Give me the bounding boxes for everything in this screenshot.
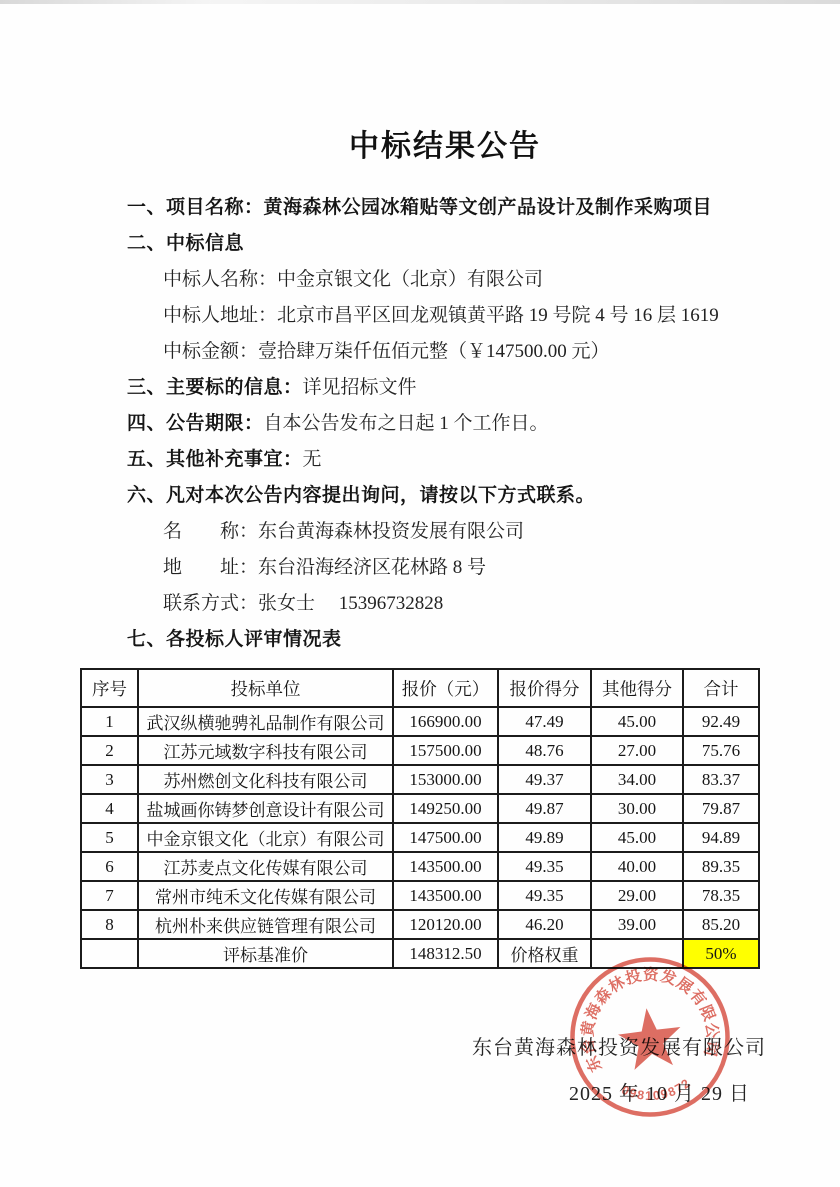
section-other-matters-label: 五、其他补充事宜： [127, 449, 303, 470]
table-row: 8 杭州朴来供应链管理有限公司 120120.00 46.20 39.00 85… [81, 910, 759, 939]
contact-name-line: 名 称：东台黄海森林投资发展有限公司 [127, 514, 763, 550]
cell-index: 3 [81, 765, 138, 794]
section-evaluation-table-label: 七、各投标人评审情况表 [127, 629, 342, 650]
contact-address: 地 址：东台沿海经济区花林路 8 号 [163, 557, 486, 578]
cell-price: 143500.00 [393, 881, 498, 910]
table-row: 7 常州市纯禾文化传媒有限公司 143500.00 49.35 29.00 78… [81, 881, 759, 910]
section-inquiry: 六、凡对本次公告内容提出询问，请按以下方式联系。 [127, 478, 763, 514]
cell-other-score: 45.00 [591, 823, 683, 852]
section-announcement-period: 四、公告期限：自本公告发布之日起 1 个工作日。 [127, 406, 763, 442]
table-row: 4 盐城画你铸梦创意设计有限公司 149250.00 49.87 30.00 7… [81, 794, 759, 823]
table-benchmark-row: 评标基准价 148312.50 价格权重 50% [81, 939, 759, 968]
cell-other-score: 30.00 [591, 794, 683, 823]
section-other-matters-value: 无 [303, 449, 322, 470]
cell-index: 7 [81, 881, 138, 910]
contact-name: 名 称：东台黄海森林投资发展有限公司 [163, 521, 524, 542]
cell-index: 5 [81, 823, 138, 852]
header-index: 序号 [81, 669, 138, 707]
cell-bidder: 武汉纵横驰骋礼品制作有限公司 [138, 707, 393, 736]
section-announcement-period-label: 四、公告期限： [127, 413, 264, 434]
header-price: 报价（元） [393, 669, 498, 707]
section-other-matters: 五、其他补充事宜：无 [127, 442, 763, 478]
section-evaluation-table: 七、各投标人评审情况表 [127, 622, 763, 658]
table-row: 5 中金京银文化（北京）有限公司 147500.00 49.89 45.00 9… [81, 823, 759, 852]
cell-other-score: 27.00 [591, 736, 683, 765]
cell-total: 92.49 [683, 707, 759, 736]
signature-company: 东台黄海森林投资发展有限公司 [0, 1031, 840, 1060]
cell-index: 8 [81, 910, 138, 939]
section-project-name-value: 黄海森林公园冰箱贴等文创产品设计及制作采购项目 [264, 197, 713, 218]
table-row: 6 江苏麦点文化传媒有限公司 143500.00 49.35 40.00 89.… [81, 852, 759, 881]
cell-other-score: 29.00 [591, 881, 683, 910]
announcement-page: 中标结果公告 一、项目名称：黄海森林公园冰箱贴等文创产品设计及制作采购项目 二、… [0, 0, 840, 1187]
winner-address-line: 中标人地址：北京市昌平区回龙观镇黄平路 19 号院 4 号 16 层 1619 [127, 298, 763, 334]
cell-index [81, 939, 138, 968]
table-row: 3 苏州燃创文化科技有限公司 153000.00 49.37 34.00 83.… [81, 765, 759, 794]
cell-price-score: 49.37 [498, 765, 591, 794]
cell-price: 149250.00 [393, 794, 498, 823]
winner-name: 中标人名称：中金京银文化（北京）有限公司 [163, 269, 543, 290]
contact-address-line: 地 址：东台沿海经济区花林路 8 号 [127, 550, 763, 586]
table-row: 1 武汉纵横驰骋礼品制作有限公司 166900.00 47.49 45.00 9… [81, 707, 759, 736]
cell-bidder: 苏州燃创文化科技有限公司 [138, 765, 393, 794]
cell-price: 166900.00 [393, 707, 498, 736]
cell-other-score: 39.00 [591, 910, 683, 939]
cell-price: 120120.00 [393, 910, 498, 939]
benchmark-price-value: 148312.50 [393, 939, 498, 968]
winner-amount-line: 中标金额：壹拾肆万柒仟伍佰元整（￥147500.00 元） [127, 334, 763, 370]
cell-price: 157500.00 [393, 736, 498, 765]
cell-price: 143500.00 [393, 852, 498, 881]
cell-bidder: 中金京银文化（北京）有限公司 [138, 823, 393, 852]
signature-date: 2025 年 10 月 29 日 [0, 1077, 840, 1106]
header-price-score: 报价得分 [498, 669, 591, 707]
empty-cell [591, 939, 683, 968]
section-project-name-label: 一、项目名称： [127, 197, 264, 218]
section-subject-info: 三、主要标的信息：详见招标文件 [127, 370, 763, 406]
cell-other-score: 40.00 [591, 852, 683, 881]
winner-amount: 中标金额：壹拾肆万柒仟伍佰元整（￥147500.00 元） [163, 341, 610, 362]
cell-bidder: 江苏元域数字科技有限公司 [138, 736, 393, 765]
bidder-evaluation-table: 序号 投标单位 报价（元） 报价得分 其他得分 合计 1 武汉纵横驰骋礼品制作有… [80, 668, 760, 969]
cell-index: 2 [81, 736, 138, 765]
winner-name-line: 中标人名称：中金京银文化（北京）有限公司 [127, 262, 763, 298]
section-project-name: 一、项目名称：黄海森林公园冰箱贴等文创产品设计及制作采购项目 [127, 190, 763, 226]
cell-total: 79.87 [683, 794, 759, 823]
cell-total: 94.89 [683, 823, 759, 852]
section-subject-info-label: 三、主要标的信息： [127, 377, 303, 398]
cell-price: 147500.00 [393, 823, 498, 852]
benchmark-price-label: 评标基准价 [138, 939, 393, 968]
cell-other-score: 45.00 [591, 707, 683, 736]
cell-price-score: 49.35 [498, 852, 591, 881]
signature-block: 东台黄海森林投资发展有限公司 2025 年 10 月 29 日 [0, 1031, 840, 1106]
header-other-score: 其他得分 [591, 669, 683, 707]
cell-total: 75.76 [683, 736, 759, 765]
cell-bidder: 江苏麦点文化传媒有限公司 [138, 852, 393, 881]
section-inquiry-label: 六、凡对本次公告内容提出询问，请按以下方式联系。 [127, 485, 595, 506]
cell-total: 78.35 [683, 881, 759, 910]
cell-price-score: 49.87 [498, 794, 591, 823]
page-title: 中标结果公告 [127, 0, 763, 165]
cell-price-score: 46.20 [498, 910, 591, 939]
cell-bidder: 常州市纯禾文化传媒有限公司 [138, 881, 393, 910]
price-weight-label: 价格权重 [498, 939, 591, 968]
cell-price: 153000.00 [393, 765, 498, 794]
section-subject-info-value: 详见招标文件 [303, 377, 417, 398]
section-award-info-label: 二、中标信息 [127, 233, 244, 254]
cell-price-score: 49.89 [498, 823, 591, 852]
cell-price-score: 47.49 [498, 707, 591, 736]
cell-price-score: 48.76 [498, 736, 591, 765]
contact-phone-line: 联系方式：张女士 15396732828 [127, 586, 763, 622]
header-bidder: 投标单位 [138, 669, 393, 707]
cell-index: 1 [81, 707, 138, 736]
cell-total: 89.35 [683, 852, 759, 881]
cell-index: 6 [81, 852, 138, 881]
cell-other-score: 34.00 [591, 765, 683, 794]
section-announcement-period-value: 自本公告发布之日起 1 个工作日。 [264, 413, 549, 434]
table-row: 2 江苏元域数字科技有限公司 157500.00 48.76 27.00 75.… [81, 736, 759, 765]
cell-total: 85.20 [683, 910, 759, 939]
header-total: 合计 [683, 669, 759, 707]
cell-index: 4 [81, 794, 138, 823]
table-header-row: 序号 投标单位 报价（元） 报价得分 其他得分 合计 [81, 669, 759, 707]
cell-total: 83.37 [683, 765, 759, 794]
price-weight-value: 50% [683, 939, 759, 968]
winner-address: 中标人地址：北京市昌平区回龙观镇黄平路 19 号院 4 号 16 层 1619 [163, 305, 719, 326]
section-award-info: 二、中标信息 [127, 226, 763, 262]
cell-price-score: 49.35 [498, 881, 591, 910]
cell-bidder: 盐城画你铸梦创意设计有限公司 [138, 794, 393, 823]
contact-phone: 联系方式：张女士 15396732828 [163, 593, 443, 614]
cell-bidder: 杭州朴来供应链管理有限公司 [138, 910, 393, 939]
